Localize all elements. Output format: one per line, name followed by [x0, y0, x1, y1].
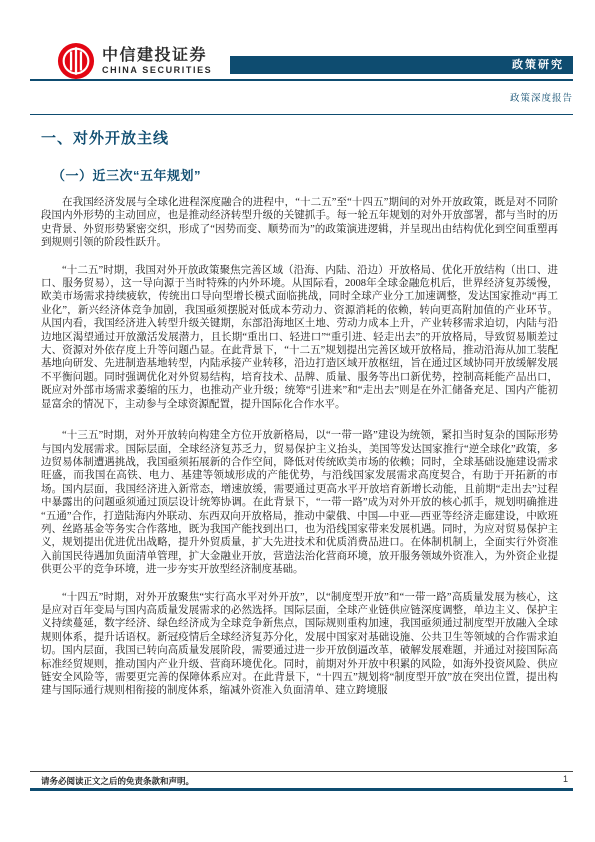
company-logo: 中信建投证券 CHINA SECURITIES	[57, 42, 212, 80]
report-body: 一、对外开放主线 （一）近三次“五年规划” 在我国经济发展与全球化进程深度融合的…	[41, 127, 558, 712]
category-badge: 政策研究	[230, 56, 573, 74]
body-paragraph-intro: 在我国经济发展与全球化进程深度融合的进程中，“十二五”至“十四五”期间的对外开放…	[41, 196, 558, 250]
footer-disclaimer: 请务必阅读正文之后的免责条款和声明。	[41, 775, 194, 787]
footer-divider-bottom	[30, 788, 573, 791]
brand-name-cn: 中信建投证券	[102, 46, 212, 65]
category-badge-label: 政策研究	[512, 59, 564, 71]
body-paragraph-12th-plan: “十二五”时期，我国对外开放政策聚焦完善区域（沿海、内陆、沿边）开放格局、优化开…	[41, 264, 558, 411]
body-paragraph-14th-plan: “十四五”时期，对外开放聚焦“实行高水平对外开放”，以“制度型开放”和“一带一路…	[41, 591, 558, 698]
body-paragraph-13th-plan: “十三五”时期，对外开放转向构建全方位开放新格局，以“一带一路”建设为统领，紧扣…	[41, 429, 558, 576]
brand-name-en: CHINA SECURITIES	[102, 65, 212, 76]
header-divider-bottom	[30, 114, 573, 115]
page-number: 1	[563, 774, 568, 784]
report-page: 中信建投证券 CHINA SECURITIES 政策研究 政策深度报告 一、对外…	[0, 0, 595, 842]
subsection-title: （一）近三次“五年规划”	[52, 165, 558, 184]
footer-divider-top	[30, 771, 573, 772]
citic-logo-icon	[57, 42, 95, 80]
brand-text: 中信建投证券 CHINA SECURITIES	[102, 46, 212, 76]
header-divider-top	[30, 79, 573, 81]
section-title: 一、对外开放主线	[41, 127, 558, 148]
report-type-label: 政策深度报告	[510, 90, 573, 104]
